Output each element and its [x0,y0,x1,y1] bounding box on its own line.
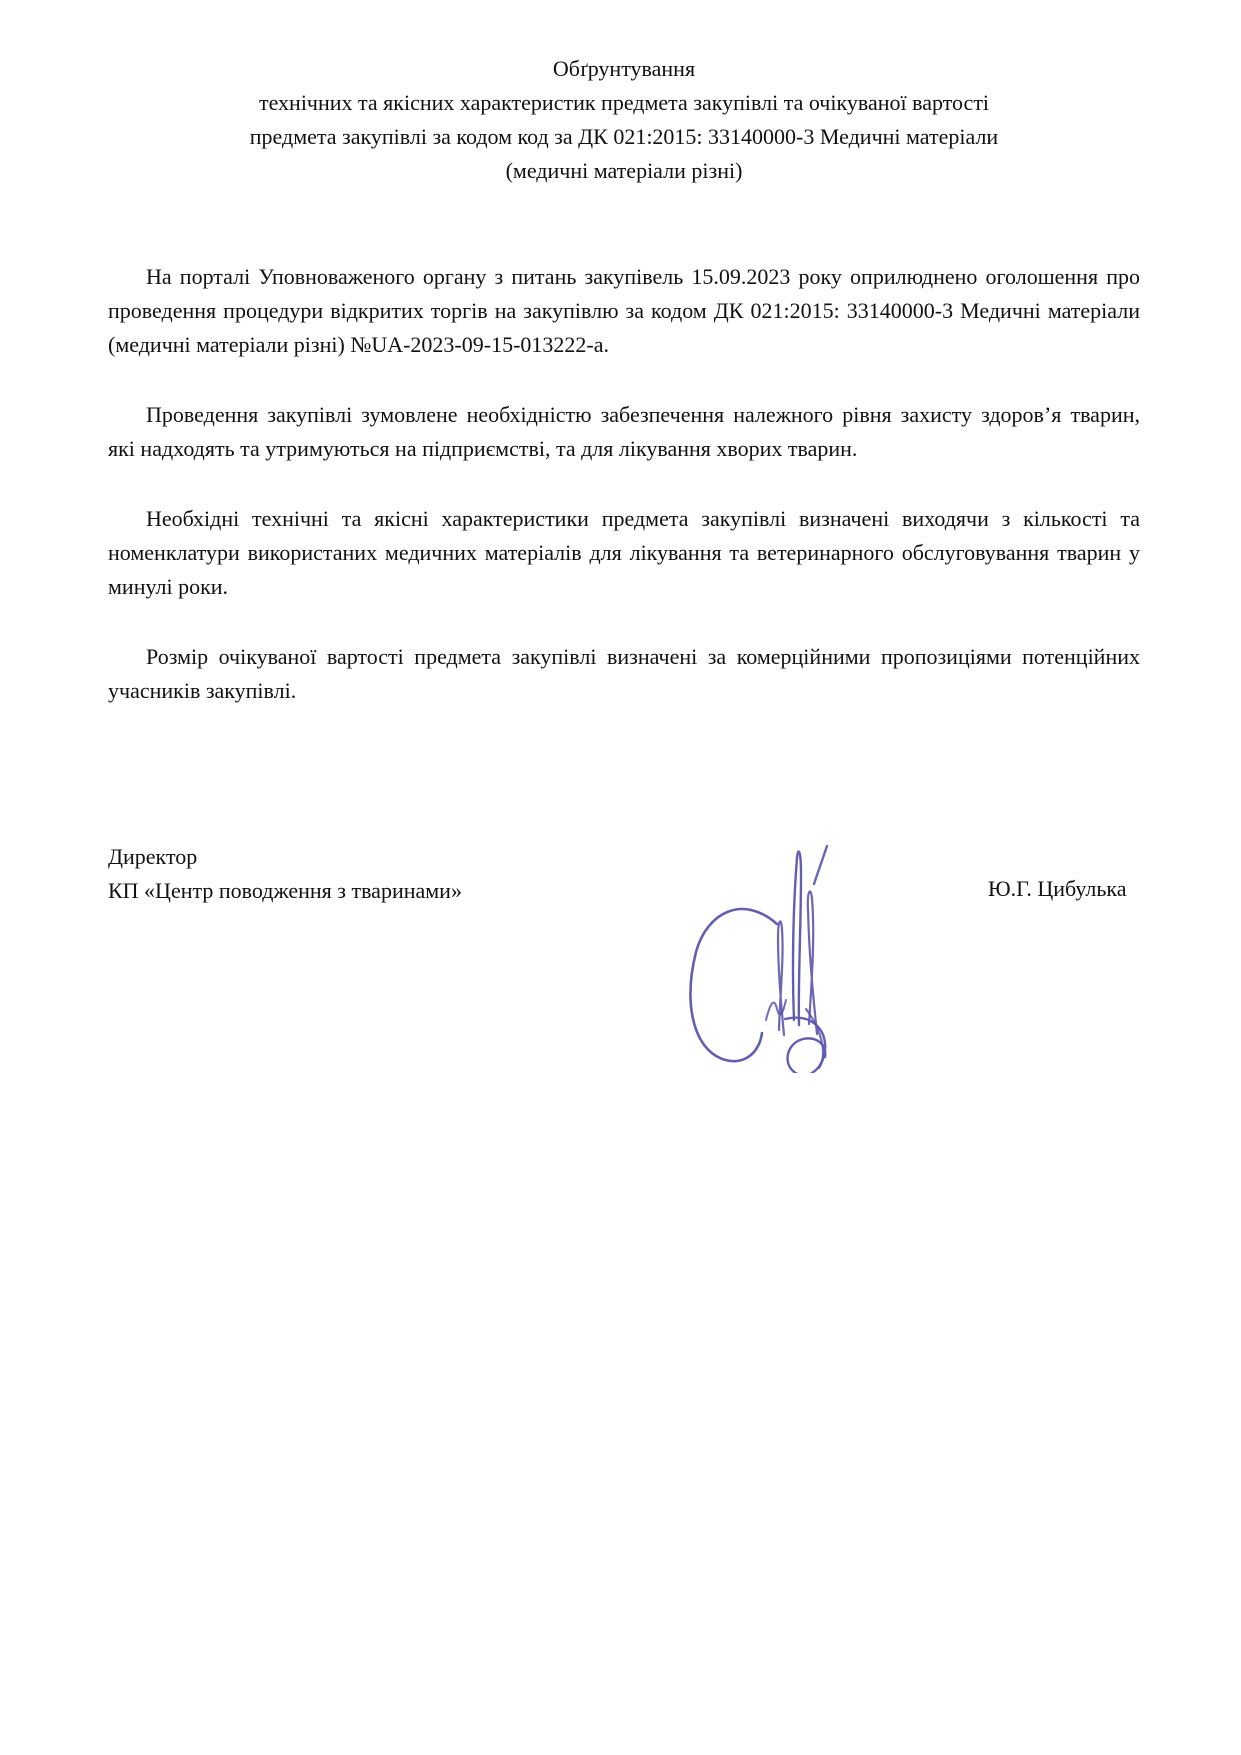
signer-name: Ю.Г. Цибулька [988,872,1127,906]
handwritten-signature-icon [655,828,840,1073]
title-line-2: технічних та якісних характеристик предм… [108,86,1140,120]
document-title: Обґрунтування технічних та якісних харак… [108,52,1140,188]
document-content: Обґрунтування технічних та якісних харак… [108,52,1140,960]
signer-position-title: Директор [108,840,462,874]
title-line-3: предмета закупівлі за кодом код за ДК 02… [108,120,1140,154]
signer-organization: КП «Центр поводження з тваринами» [108,874,462,908]
signature-block: Директор КП «Центр поводження з тваринам… [108,840,1140,960]
body-paragraph-1: На порталі Уповноваженого органу з питан… [108,260,1140,362]
body-paragraph-3: Необхідні технічні та якісні характерист… [108,502,1140,604]
title-line-4: (медичні матеріали різні) [108,154,1140,188]
body-paragraph-2: Проведення закупівлі зумовлене необхідні… [108,398,1140,466]
title-line-1: Обґрунтування [108,52,1140,86]
signature-left-column: Директор КП «Центр поводження з тваринам… [108,840,462,908]
document-page: Обґрунтування технічних та якісних харак… [0,0,1241,1755]
body-paragraph-4: Розмір очікуваної вартості предмета заку… [108,640,1140,708]
